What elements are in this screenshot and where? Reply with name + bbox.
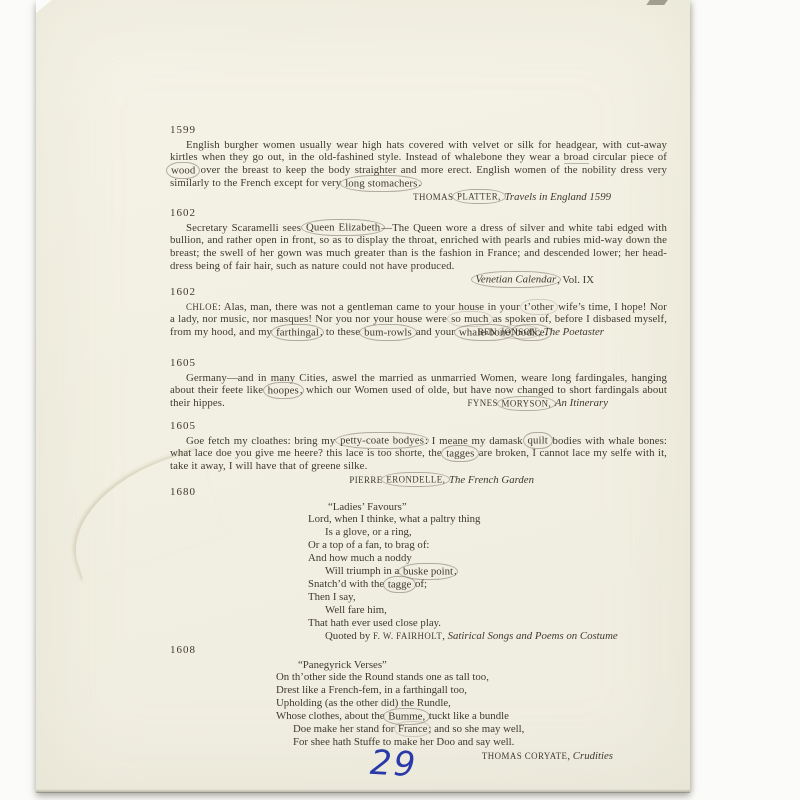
text-segment: , (454, 565, 457, 577)
text-segment: The Poetaster (544, 326, 604, 338)
poem-line: Or a top of a fan, to brag of: (308, 539, 667, 552)
text-segment: Goe fetch my cloathes: bring my (186, 435, 339, 447)
pencil-circled-text: ERONDELLE, (381, 472, 450, 487)
text-segment: Doe make her stand for (293, 723, 397, 735)
text-segment: That hath ever used close play. (308, 617, 441, 629)
text-segment: An Itinerary (555, 397, 608, 409)
text-segment: Or a top of a fan, to brag of: (308, 539, 429, 551)
pencil-circled-text: hoopes (263, 382, 304, 399)
poem-line: Doe make her stand for France; and so sh… (276, 723, 667, 736)
text-segment: : I meane my damask (425, 435, 527, 447)
text-segment: . (418, 177, 421, 189)
text-segment: of; (412, 578, 427, 590)
text-segment: And how much a noddy (308, 552, 412, 564)
pencil-circled-text: MORYSON, (497, 396, 557, 411)
text-segment: Upholding (as the other did) the Rundle, (276, 697, 451, 709)
poem-line: Snatch’d with the tagge of; (308, 578, 667, 591)
poem-line: Upholding (as the other did) the Rundle, (276, 697, 667, 710)
text-segment: Satirical Songs and Poems on Costume (448, 630, 618, 642)
text-segment: The French Garden (449, 474, 534, 486)
text-segment: broad (564, 151, 589, 164)
poem-section-1608: 1608 “Panegyrick Verses” On th’other sid… (170, 644, 667, 763)
text-segment: CHLOE (186, 302, 218, 312)
pencil-circled-text: farthingal (271, 324, 324, 341)
poem-line: On th’other side the Round stands one as… (276, 671, 667, 684)
poem-line: That hath ever used close play. (308, 617, 667, 630)
attribution: THOMAS PLATTER, Travels in England 1599 (170, 191, 611, 204)
pencil-circled-text: JONSON (497, 325, 542, 339)
pencil-circled-text: long stomachers (340, 175, 422, 192)
text-segment: ; and so she may well, (428, 723, 524, 735)
text-segment: , Vol. IX (557, 274, 594, 286)
text-segment: Snatch’d with the (308, 578, 387, 590)
poem-line: And how much a noddy (308, 552, 667, 565)
poem-section-1680: 1680 “Ladies’ Favours” Lord, when I thin… (170, 486, 667, 643)
poem-line: Quoted by F. W. FAIRHOLT, Satirical Song… (308, 630, 667, 643)
year-label: 1602 (170, 207, 667, 219)
handwritten-page-number: 29 (369, 743, 418, 785)
text-segment: F. W. FAIRHOLT (373, 631, 442, 641)
quote-section-1605-moryson: 1605 Germany—and in many Cities, aswel t… (170, 357, 667, 410)
attribution: Venetian Calendar, Vol. IX (170, 274, 594, 287)
poem-lines: Lord, when I thinke, what a paltry thing… (308, 513, 667, 643)
text-segment: Quoted by (325, 630, 373, 642)
text-segment: CORYATE (525, 751, 568, 761)
quote-body: English burgher women usually wear high … (170, 139, 667, 191)
year-label: 1680 (170, 486, 667, 498)
quote-section-1602-venetian: 1602 Secretary Scaramelli sees Queen Eli… (170, 207, 667, 287)
poem-line: Whose clothes, about the Bumme, tuckt li… (276, 710, 667, 723)
poem-line: Will triumph in a buske point, (308, 565, 667, 578)
text-segment: tuckt like a bundle (426, 710, 509, 722)
year-label: 1602 (170, 286, 667, 298)
text-segment: and your (413, 326, 458, 338)
paper-sheet: 1599 English burgher women usually wear … (36, 0, 690, 792)
quote-body: Secretary Scaramelli sees Queen Elizabet… (170, 222, 667, 274)
poem-line: Then I say, (308, 591, 667, 604)
text-segment: FYNES (467, 398, 500, 408)
year-label: 1608 (170, 644, 667, 656)
text-segment: THOMAS (413, 192, 456, 202)
poem-title: “Panegyrick Verses” (276, 659, 667, 672)
text-segment: Then I say, (308, 591, 356, 603)
text-segment: Whose clothes, about the (276, 710, 387, 722)
text-segment: , to these (320, 326, 363, 338)
text-segment: Lord, when I thinke, what a paltry thing (308, 513, 480, 525)
text-segment: On th’other side the Round stands one as… (276, 671, 489, 683)
text-segment: circular piece of (589, 151, 667, 163)
poem-panegyrick-verses: “Panegyrick Verses” On th’other side the… (276, 659, 667, 750)
poem-lines: On th’other side the Round stands one as… (276, 671, 667, 749)
text-segment: Secretary Scaramelli sees (186, 222, 305, 234)
poem-line: Well fare him, (308, 604, 667, 617)
pencil-circled-text: bum-rowls (359, 324, 417, 341)
paper-top-edge-shadow (646, 0, 668, 5)
poem-ladies-favours: “Ladies’ Favours” Lord, when I thinke, w… (308, 501, 667, 643)
poem-title: “Ladies’ Favours” (308, 501, 667, 514)
attribution: FYNES MORYSON, An Itinerary (170, 397, 608, 410)
poem-line: Lord, when I thinke, what a paltry thing (308, 513, 667, 526)
quote-section-1605-erondelle: 1605 Goe fetch my cloathes: bring my pet… (170, 420, 667, 487)
year-label: 1599 (170, 124, 667, 136)
poem-line: Is a glove, or a ring, (308, 526, 667, 539)
text-segment: Is a glove, or a ring, (325, 526, 412, 538)
quote-body: Goe fetch my cloathes: bring my petty-co… (170, 435, 667, 474)
poem-line: For shee hath Stuffe to make her Doo and… (276, 736, 667, 749)
pencil-circled-text: France (394, 721, 431, 737)
pencil-circled-text: PLATTER, (452, 189, 506, 204)
text-segment: Well fare him, (325, 604, 387, 616)
text-segment: THOMAS (482, 751, 525, 761)
poem-line: Drest like a French-fem, in a farthingal… (276, 684, 667, 697)
paper-corner-fold (36, 0, 52, 13)
text-segment: Crudities (573, 750, 613, 762)
text-segment: PIERRE (349, 475, 385, 485)
attribution: PIERRE ERONDELLE, The French Garden (170, 474, 534, 487)
quote-section-1602-jonson: 1602 CHLOE: Alas, man, there was not a g… (170, 286, 667, 339)
year-label: 1605 (170, 420, 667, 432)
paper-bottom-edge-shadow (36, 789, 690, 793)
year-label: 1605 (170, 357, 667, 369)
text-segment: Drest like a French-fem, in a farthingal… (276, 684, 467, 696)
pencil-circled-text: tagges (441, 445, 479, 462)
text-segment: Will triumph in a (325, 565, 402, 577)
text-segment: Travels in England 1599 (505, 191, 611, 203)
quote-section-1599: 1599 English burgher women usually wear … (170, 124, 667, 204)
